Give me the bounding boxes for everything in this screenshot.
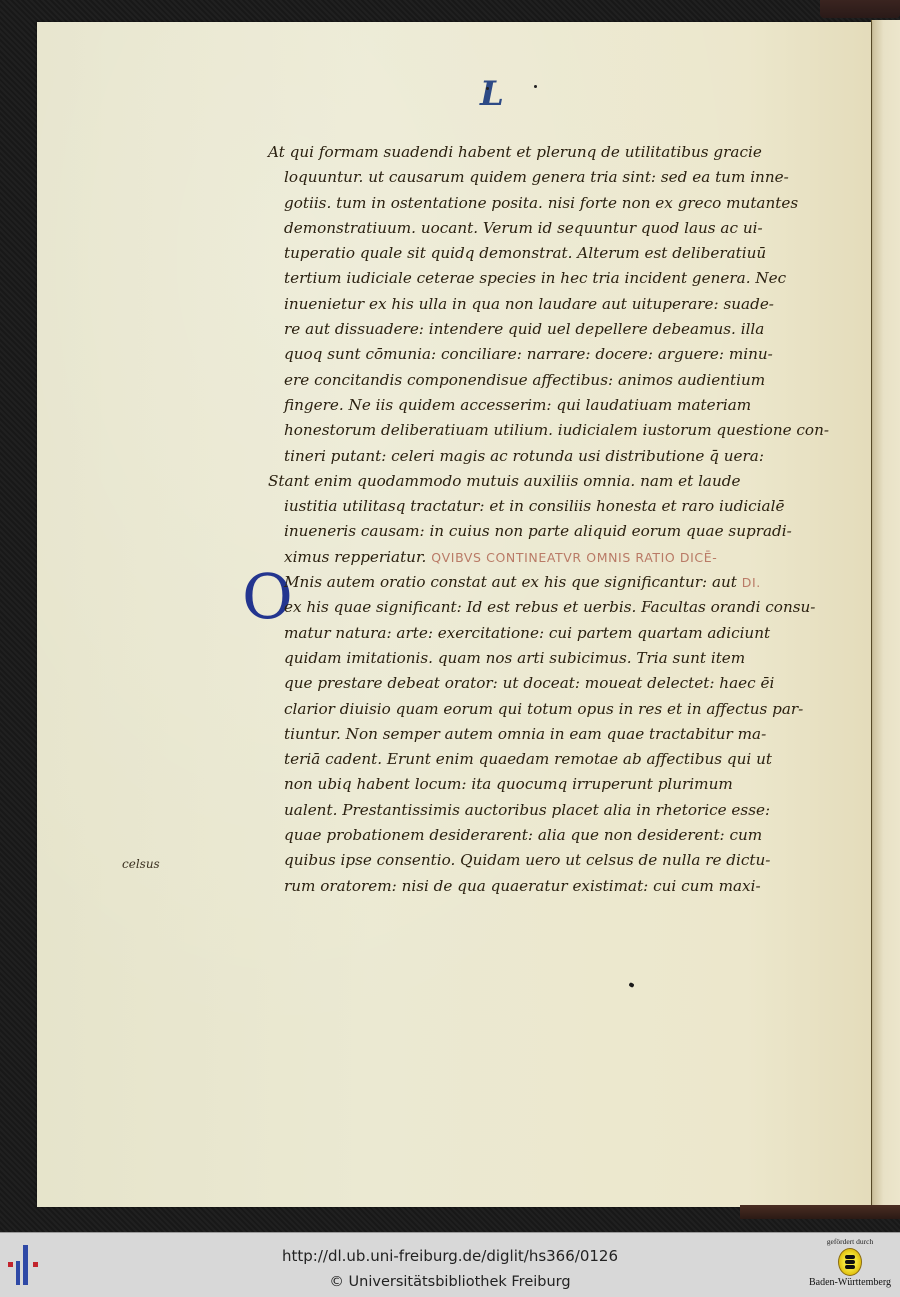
text-line-content: rum oratorem: nisi de qua quaeratur exis… bbox=[284, 877, 761, 895]
text-line-content: demonstratiuum. uocant. Verum id sequunt… bbox=[284, 219, 763, 237]
text-line: demonstratiuum. uocant. Verum id sequunt… bbox=[268, 216, 808, 241]
text-line: tineri putant: celeri magis ac rotunda u… bbox=[268, 444, 808, 469]
folio-dot bbox=[486, 87, 489, 90]
text-line-content: fingere. Ne iis quidem accesserim: qui l… bbox=[284, 396, 751, 414]
text-line: honestorum deliberatiuam utilium. iudici… bbox=[268, 418, 808, 443]
text-line: matur natura: arte: exercitatione: cui p… bbox=[268, 621, 808, 646]
text-line-content: loquuntur. ut causarum quidem genera tri… bbox=[284, 168, 789, 186]
text-line-content: iustitia utilitasq tractatur: et in cons… bbox=[284, 497, 784, 515]
sponsor-block: gefördert durch Baden-Württemberg bbox=[800, 1237, 900, 1288]
rubric-heading: QVIBVS CONTINEATVR OMNIS RATIO DICĒ- bbox=[431, 550, 717, 565]
text-line: quae probationem desiderarent: alia que … bbox=[268, 823, 808, 848]
text-line-content: tertium iudiciale ceterae species in hec… bbox=[284, 269, 786, 287]
book-cover-top-edge bbox=[820, 0, 900, 18]
text-line: re aut dissuadere: intendere quid uel de… bbox=[268, 317, 808, 342]
text-line-content: que prestare debeat orator: ut doceat: m… bbox=[284, 674, 774, 692]
text-line: quidam imitationis. quam nos arti subici… bbox=[268, 646, 808, 671]
text-line: fingere. Ne iis quidem accesserim: qui l… bbox=[268, 393, 808, 418]
baden-wuerttemberg-crest-icon bbox=[838, 1248, 862, 1276]
facing-page-edge bbox=[871, 20, 900, 1210]
manuscript-text: At qui formam suadendi habent et plerunq… bbox=[268, 140, 808, 899]
text-line-content: teriā cadent. Erunt enim quaedam remota… bbox=[284, 750, 772, 768]
text-line: Stant enim quodammodo mutuis auxiliis om… bbox=[268, 469, 808, 494]
text-line: tiuntur. Non semper autem omnia in eam q… bbox=[268, 722, 808, 747]
text-line-content: At qui formam suadendi habent et plerunq… bbox=[268, 143, 762, 161]
text-line: ex his quae significant: Id est rebus et… bbox=[268, 595, 808, 620]
text-line-content: clarior diuisio quam eorum qui totum opu… bbox=[284, 700, 803, 718]
sponsor-label: gefördert durch bbox=[800, 1237, 900, 1246]
text-line: inueneris causam: in cuius non parte ali… bbox=[268, 519, 808, 544]
text-line: loquuntur. ut causarum quidem genera tri… bbox=[268, 165, 808, 190]
text-line: At qui formam suadendi habent et plerunq… bbox=[268, 140, 808, 165]
text-line: que prestare debeat orator: ut doceat: m… bbox=[268, 671, 808, 696]
text-line-content: honestorum deliberatiuam utilium. iudici… bbox=[284, 421, 829, 439]
permalink-url[interactable]: http://dl.ub.uni-freiburg.de/diglit/hs36… bbox=[0, 1247, 900, 1265]
text-line: teriā cadent. Erunt enim quaedam remota… bbox=[268, 747, 808, 772]
text-line-content: tineri putant: celeri magis ac rotunda u… bbox=[284, 447, 764, 465]
text-line-content: ximus repperiatur. bbox=[284, 548, 426, 566]
copyright-notice: © Universitätsbibliothek Freiburg bbox=[0, 1274, 900, 1290]
text-line: gotiis. tum in ostentatione posita. nisi… bbox=[268, 191, 808, 216]
text-line-content: quoq sunt cōmunia: conciliare: narrare:… bbox=[284, 345, 773, 363]
text-line-content: ere concitandis componendisue affectibus… bbox=[284, 371, 765, 389]
viewer-footer: http://dl.ub.uni-freiburg.de/diglit/hs36… bbox=[0, 1232, 900, 1297]
text-line: tertium iudiciale ceterae species in hec… bbox=[268, 266, 808, 291]
text-line: ere concitandis componendisue affectibus… bbox=[268, 368, 808, 393]
text-line: non ubiq habent locum: ita quocumq irrup… bbox=[268, 772, 808, 797]
text-line-content: Mnis autem oratio constat aut ex his que… bbox=[284, 573, 737, 591]
rubric-heading: DI. bbox=[742, 575, 761, 590]
text-line-content: inueneris causam: in cuius non parte ali… bbox=[284, 522, 792, 540]
text-line: quoq sunt cōmunia: conciliare: narrare:… bbox=[268, 342, 808, 367]
text-line: ualent. Prestantissimis auctoribus place… bbox=[268, 798, 808, 823]
folio-mark: L bbox=[480, 74, 506, 114]
text-line-content: quae probationem desiderarent: alia que … bbox=[284, 826, 762, 844]
book-cover-bottom-edge bbox=[740, 1205, 900, 1219]
text-line: iustitia utilitasq tractatur: et in cons… bbox=[268, 494, 808, 519]
text-line-content: matur natura: arte: exercitatione: cui p… bbox=[284, 624, 770, 642]
folio-dot bbox=[534, 85, 537, 88]
text-line-content: ualent. Prestantissimis auctoribus place… bbox=[284, 801, 770, 819]
text-line: rum oratorem: nisi de qua quaeratur exis… bbox=[268, 874, 808, 899]
text-line-content: tiuntur. Non semper autem omnia in eam q… bbox=[284, 725, 766, 743]
text-line-content: re aut dissuadere: intendere quid uel de… bbox=[284, 320, 764, 338]
text-line-content: ex his quae significant: Id est rebus et… bbox=[284, 598, 815, 616]
text-line: ximus repperiatur. QVIBVS CONTINEATVR OM… bbox=[268, 545, 808, 570]
text-line-content: quidam imitationis. quam nos arti subici… bbox=[284, 649, 745, 667]
text-line-content: Stant enim quodammodo mutuis auxiliis om… bbox=[268, 472, 740, 490]
manuscript-scan: L O At qui formam suadendi habent et ple… bbox=[0, 0, 900, 1232]
text-line-content: quibus ipse consentio. Quidam uero ut ce… bbox=[284, 851, 770, 869]
text-line-content: tuperatio quale sit quidq demonstrat. Al… bbox=[284, 244, 766, 262]
marginal-note: celsus bbox=[122, 857, 160, 871]
text-line-content: gotiis. tum in ostentatione posita. nisi… bbox=[284, 194, 798, 212]
sponsor-name: Baden-Württemberg bbox=[800, 1277, 900, 1288]
text-line-content: inuenietur ex his ulla in qua non laudar… bbox=[284, 295, 774, 313]
text-line: quibus ipse consentio. Quidam uero ut ce… bbox=[268, 848, 808, 873]
text-line-content: non ubiq habent locum: ita quocumq irrup… bbox=[284, 775, 733, 793]
text-line: clarior diuisio quam eorum qui totum opu… bbox=[268, 697, 808, 722]
text-line: inuenietur ex his ulla in qua non laudar… bbox=[268, 292, 808, 317]
text-line: tuperatio quale sit quidq demonstrat. Al… bbox=[268, 241, 808, 266]
text-line: Mnis autem oratio constat aut ex his que… bbox=[268, 570, 808, 595]
